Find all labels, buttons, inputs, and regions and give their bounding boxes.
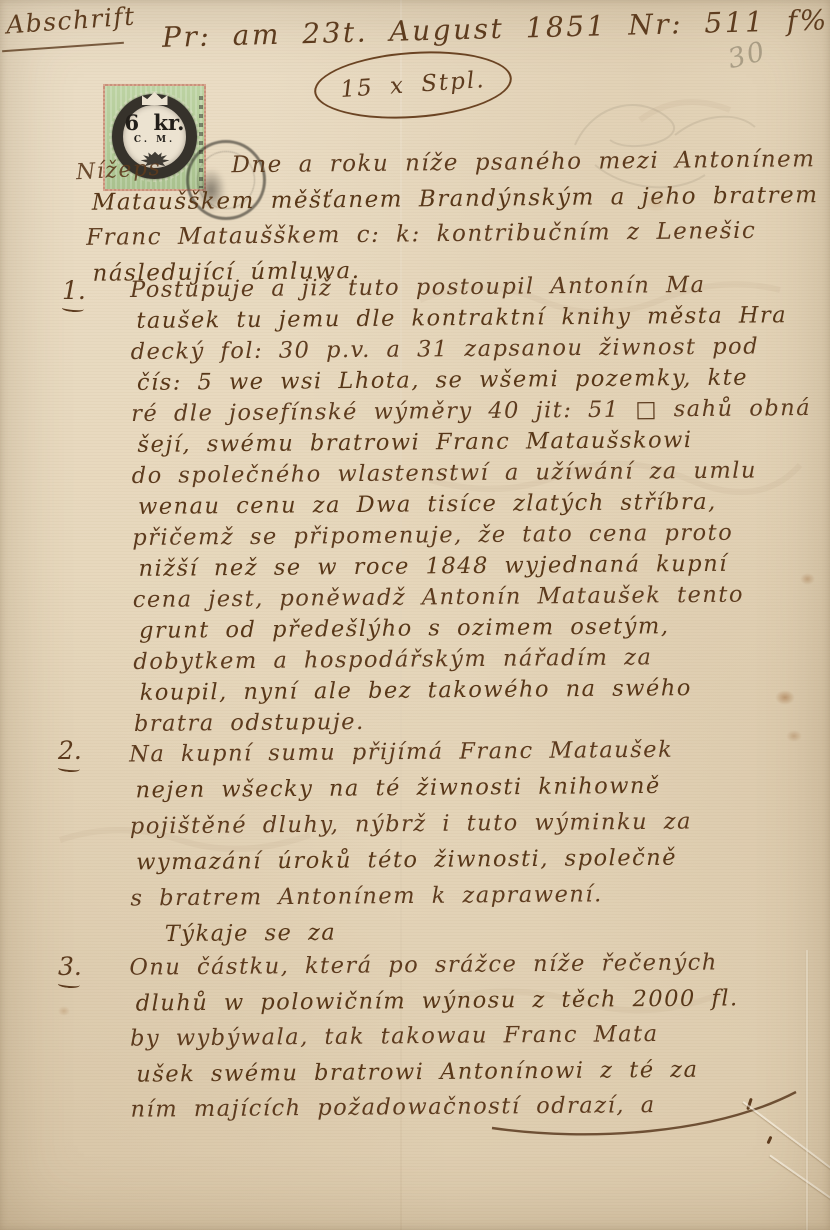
manuscript-line: ušek swému bratrowi Antonínowi z té za xyxy=(136,1052,739,1093)
item-number: 1. xyxy=(62,276,86,312)
manuscript-page: Abschrift Pr: am 23t. August 1851 Nr: 51… xyxy=(0,0,830,1230)
manuscript-line: Na kupní sumu přijímá Franc Mataušek xyxy=(129,732,691,773)
overlapping-stroke: Nížeps xyxy=(75,156,161,185)
manuscript-line: wymazání úroků této žiwnosti, společně xyxy=(136,840,692,881)
paper-crease xyxy=(743,1101,830,1193)
stamp-duty-note: 15 x Stpl. xyxy=(340,67,487,103)
paragraph-item-1: Postupuje a již tuto postoupil Antonín M… xyxy=(130,269,814,740)
manuscript-line: nejen wšecky na té žiwnosti knihowně xyxy=(135,768,691,809)
manuscript-line: cena jest, poněwadž Antonín Mataušek ten… xyxy=(133,579,813,616)
stamp-currency: C. M. xyxy=(103,135,206,145)
item-number: 2. xyxy=(58,736,82,772)
pencil-annotation: 30 xyxy=(725,36,770,75)
paragraph-item-3: Onu částku, která po srážce níže řečenýc… xyxy=(129,945,739,1128)
manuscript-line: ním majících požadowačností odrazí, a xyxy=(130,1087,739,1128)
paper-crease xyxy=(769,1155,830,1220)
stamp-value: 6 kr. xyxy=(103,110,206,135)
ink-stain xyxy=(58,1006,70,1016)
ink-tick xyxy=(767,1136,773,1145)
manuscript-line: by wybýwala, tak takowau Franc Mata xyxy=(130,1016,739,1057)
manuscript-line: dluhů w polowičním wýnosu z těch 2000 fl… xyxy=(136,981,739,1022)
manuscript-line: ré dle josefínské wýměry 40 jit: 51 □ sa… xyxy=(131,393,811,430)
paper-crease xyxy=(806,950,808,1230)
copy-label: Abschrift xyxy=(5,2,136,40)
copy-label-underline xyxy=(2,42,124,53)
stamp-duty-oval: 15 x Stpl. xyxy=(312,45,514,125)
manuscript-line: pojištěné dluhy, nýbrž i tuto wýminku za xyxy=(130,804,692,845)
manuscript-line: Onu částku, která po srážce níže řečenýc… xyxy=(129,945,738,986)
manuscript-line: s bratrem Antonínem k zaprawení. xyxy=(130,876,692,917)
item-number: 3. xyxy=(58,952,82,988)
paragraph-item-2: Na kupní sumu přijímá Franc Mataušek nej… xyxy=(129,732,693,953)
